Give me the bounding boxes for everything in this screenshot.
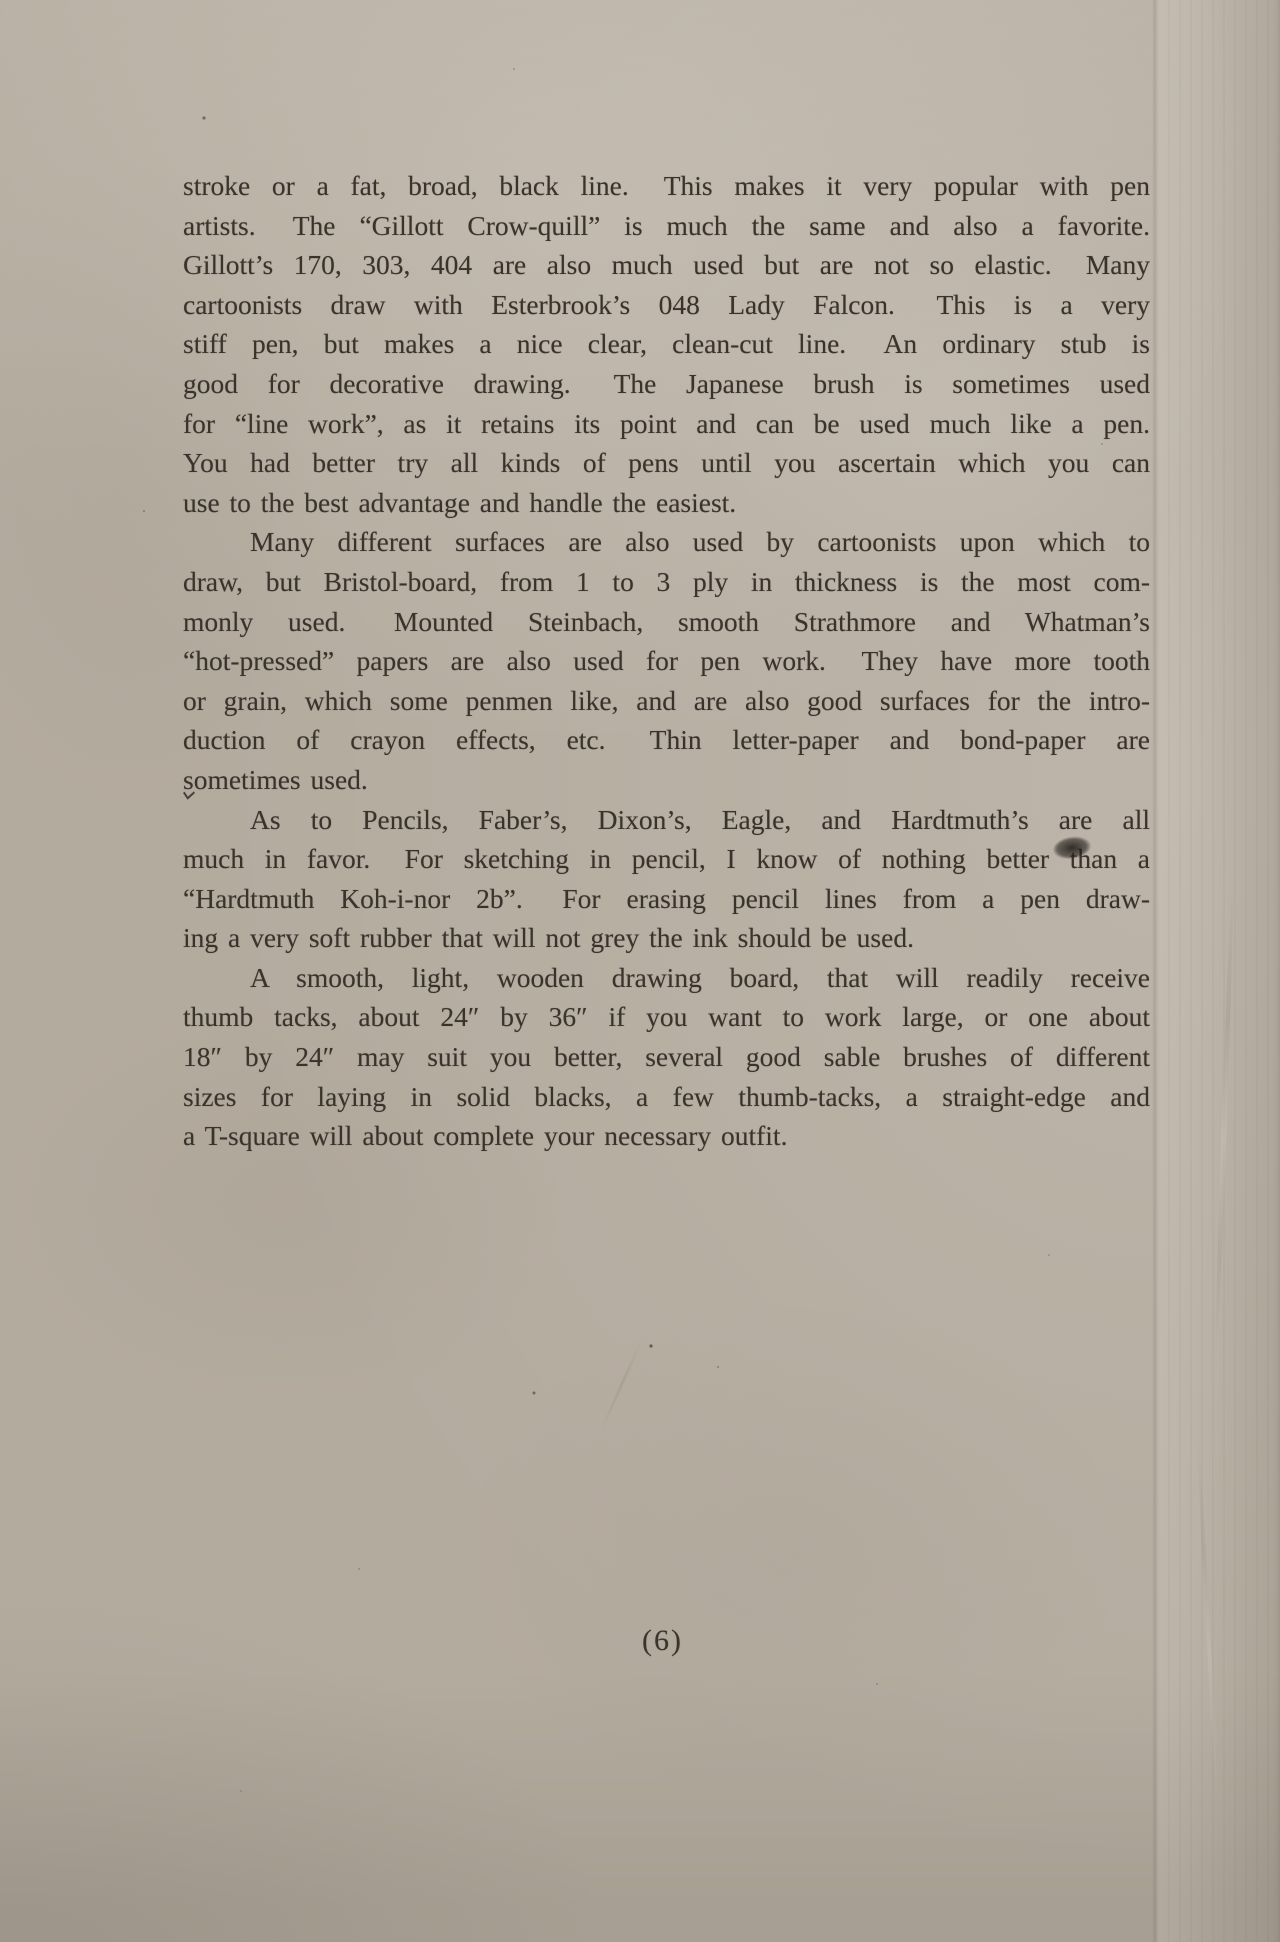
text-line: 18″ by 24″ may suit you better, several … [183,1037,1150,1077]
text-line: “hot-pressed” papers are also used for p… [183,641,1150,681]
body-text: stroke or a fat, broad, black line. This… [183,166,1150,1156]
text-line: good for decorative drawing. The Japanes… [183,364,1150,404]
text-line: monly used. Mounted Steinbach, smooth St… [183,602,1150,642]
text-line: sometimes used. [183,760,1150,800]
text-line: stiff pen, but makes a nice clear, clean… [183,324,1150,364]
text-line: thumb tacks, about 24″ by 36″ if you wan… [183,997,1150,1037]
text-line: for “line work”, as it retains its point… [183,404,1150,444]
text-line: use to the best advantage and handle the… [183,483,1150,523]
text-line: or grain, which some penmen like, and ar… [183,681,1150,721]
text-line: ing a very soft rubber that will not gre… [183,918,1150,958]
paper-specks [0,0,2,2]
text-line: As to Pencils, Faber’s, Dixon’s, Eagle, … [183,800,1150,840]
page-edge-shading [1157,0,1280,1942]
page-number: (6) [642,1624,683,1658]
text-line: much in favor. For sketching in pencil, … [183,839,1150,879]
text-line: cartoonists draw with Esterbrook’s 048 L… [183,285,1150,325]
text-line: You had better try all kinds of pens unt… [183,443,1150,483]
text-line: sizes for laying in solid blacks, a few … [183,1077,1150,1117]
text-line: “Hardtmuth Koh-i-nor 2b”. For erasing pe… [183,879,1150,919]
text-line: a T-square will about complete your nece… [183,1116,1150,1156]
text-line: artists. The “Gillott Crow-quill” is muc… [183,206,1150,246]
text-line: Gillott’s 170, 303, 404 are also much us… [183,245,1150,285]
text-line: draw, but Bristol-board, from 1 to 3 ply… [183,562,1150,602]
scanned-book-page: { "colors": { "paper": "#b4ab9f", "ink":… [0,0,1280,1942]
text-line: Many different surfaces are also used by… [183,522,1150,562]
text-line: A smooth, light, wooden drawing board, t… [183,958,1150,998]
text-line: duction of crayon effects, etc. Thin let… [183,720,1150,760]
text-line: stroke or a fat, broad, black line. This… [183,166,1150,206]
